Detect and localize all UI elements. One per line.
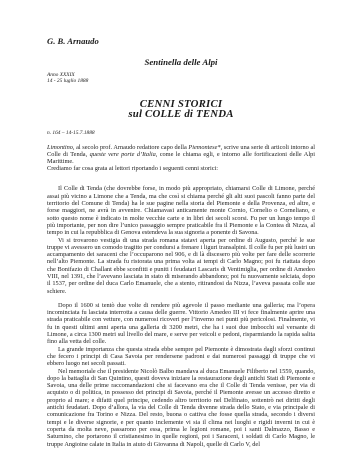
intro-segment-italic: Limontino bbox=[47, 144, 73, 151]
intro-paragraph: Limontino, al secolo prof. Arnaudo redat… bbox=[47, 144, 315, 166]
intro-segment: , al secolo prof. Arnaudo redattore capo… bbox=[73, 144, 188, 151]
body-paragraph: Nel memoriale che il presidente Nicolò B… bbox=[47, 368, 315, 448]
body-paragraph: Dopo il 1600 si tentò due volte di rende… bbox=[47, 302, 315, 346]
document-page: G. B. Arnaudo Sentinella delle Alpi Anno… bbox=[0, 0, 360, 466]
intro-closing-line: Crediamo far cosa grata ai lettori ripor… bbox=[47, 165, 315, 172]
issue-date-range: 14 - 25 luglio 1888 bbox=[47, 78, 315, 84]
article-title-line2: sul COLLE di TENDA bbox=[47, 109, 315, 119]
article-reference: n. 164 – 14-15.7.1888 bbox=[47, 130, 315, 136]
article-title: CENNI STORICI sul COLLE di TENDA bbox=[47, 99, 315, 119]
body-paragraph: La grande importanza che questa strada e… bbox=[47, 346, 315, 368]
journal-title: Sentinella delle Alpi bbox=[47, 57, 315, 67]
author-line: G. B. Arnaudo bbox=[47, 36, 315, 46]
article-body: Il Colle di Tenda (che dovrebbe forse, i… bbox=[47, 185, 315, 447]
page-content: G. B. Arnaudo Sentinella delle Alpi Anno… bbox=[0, 0, 360, 448]
body-paragraph: Il Colle di Tenda (che dovrebbe forse, i… bbox=[47, 185, 315, 236]
intro-segment-italic: Piemontese* bbox=[188, 144, 220, 151]
body-paragraph: Vi si trovarono vestigia di una strada r… bbox=[47, 237, 315, 295]
issue-info: Anno XXXIX 14 - 25 luglio 1888 bbox=[47, 72, 315, 84]
intro-segment-italic: queste vere porte d’Italia bbox=[90, 151, 156, 158]
